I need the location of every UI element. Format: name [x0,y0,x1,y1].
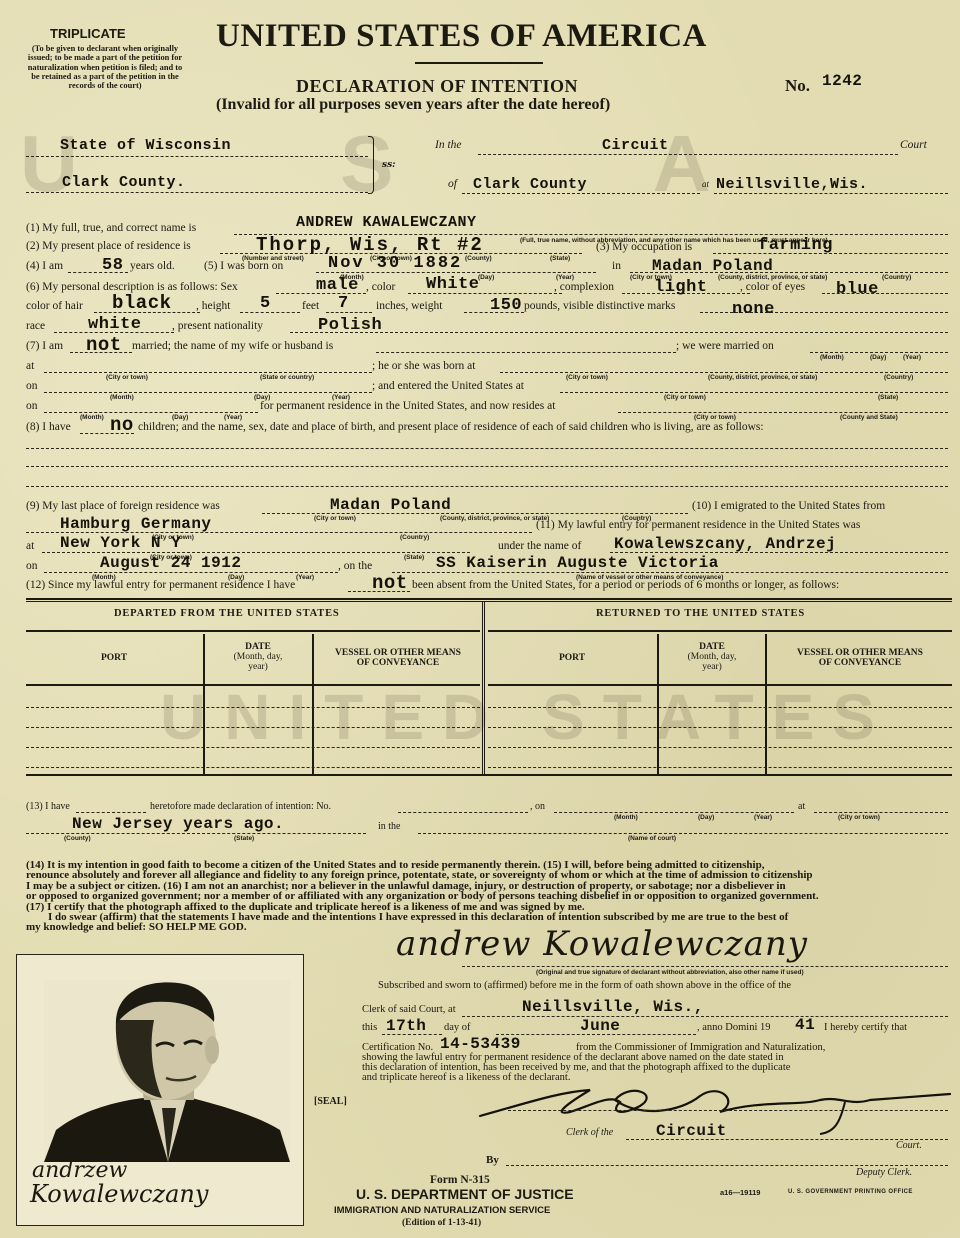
absent-value[interactable]: not [372,572,408,594]
q1-label: (1) My full, true, and correct name is [26,222,196,234]
q5-sub-county: (County, district, province, or state) [718,274,827,281]
validity-note: (Invalid for all purposes seven years af… [216,96,610,114]
residence-label: for permanent residence in the United St… [260,400,555,412]
document-title: UNITED STATES OF AMERICA [216,18,707,55]
entry-arrival-line [44,572,338,573]
q9-sub-city: (City or town) [314,515,356,522]
sub-month-spouse: (Month) [110,394,134,401]
court-location[interactable]: Neillsville,Wis. [716,176,868,193]
watermark-stamp-top: U S A [20,118,830,210]
height-label: , height [196,300,231,312]
returned-row-2[interactable] [488,727,952,728]
sub-state-country-married: (State or country) [260,374,314,381]
location-line [714,193,948,194]
returned-col-date-c: year) [658,662,766,672]
married-on-label: ; we were married on [676,340,774,352]
service-name: IMMIGRATION AND NATURALIZATION SERVICE [334,1205,550,1216]
printer-name: U. S. GOVERNMENT PRINTING OFFICE [788,1189,913,1195]
clerk-location-line [462,1016,948,1017]
returned-col-vessel-a: VESSEL OR OTHER MEANS [768,648,952,658]
returned-title-rule [488,630,952,632]
departed-title-rule [26,630,480,632]
returned-col-port: PORT [488,653,656,663]
pounds-label: pounds, visible distinctive marks [524,300,675,312]
birth-date-value[interactable]: Nov 30 1882 [328,254,462,273]
sub-county-spouse: (County, district, province, or state) [708,374,817,381]
venue-county[interactable]: Clark County. [62,174,186,191]
q13-at-label: at [798,801,805,812]
departed-row-2[interactable] [26,727,480,728]
in-label: in [612,260,621,272]
returned-col-date-b: (Month, day, [658,652,766,662]
court-label: Court [900,139,927,151]
q13-court-line [418,833,948,834]
clerk-court-value[interactable]: Circuit [656,1122,727,1140]
table-top-rule [26,598,952,602]
on-the-label: , on the [338,560,372,572]
county-line [26,192,368,193]
entry-date-line [44,412,258,413]
sub-day-married: (Day) [870,354,886,361]
departed-row-1[interactable] [26,707,480,708]
venue-state[interactable]: State of Wisconsin [60,137,231,154]
race-label: race [26,320,45,332]
sub-month-entry: (Month) [80,414,104,421]
nationality-label: , present nationality [172,320,263,332]
married-on-line [810,352,948,353]
residence-value[interactable]: Thorp, Wis, Rt #2 [256,234,484,256]
q13-sub-city: (City or town) [838,814,880,821]
returned-title: RETURNED TO THE UNITED STATES [596,608,805,619]
court-type[interactable]: Circuit [602,137,669,154]
vessel-value[interactable]: SS Kaiserin Auguste Victoria [436,554,719,572]
q13-sub-county: (County) [64,835,91,842]
title-rule [415,62,543,64]
q4-label-b: years old. [130,260,175,272]
form-number: Form N-315 [430,1174,490,1186]
entry-at-label: at [26,540,34,552]
at-label: at [702,179,709,189]
sub-county-state-resides: (County and State) [840,414,898,421]
certify-label: I hereby certify that [824,1022,907,1033]
prior-declaration-place[interactable]: New Jersey years ago. [72,815,284,833]
occupation-value[interactable]: farming [758,236,833,255]
deputy-label: Deputy Clerk. [856,1167,912,1178]
returned-col-vessel-b: OF CONVEYANCE [768,658,952,668]
q13-label-a: (13) I have [26,801,70,812]
children-line-3 [26,486,948,487]
age-value[interactable]: 58 [102,256,123,275]
q7-label-a: (7) I am [26,340,63,352]
q5-sub-year: (Year) [556,274,574,281]
sworn-day-value[interactable]: 17th [386,1017,426,1035]
this-label: this [362,1022,377,1033]
table-bottom-rule [26,774,952,776]
sub-city-entered: (City or town) [664,394,706,401]
returned-row-1[interactable] [488,707,952,708]
q13-sub-day: (Day) [698,814,714,821]
returned-header-rule [488,684,952,686]
color-value[interactable]: White [426,275,480,294]
court-type-line [478,154,898,155]
deputy-line [506,1165,948,1166]
by-label: By [486,1154,499,1166]
married-at-label: at [26,360,34,372]
height-feet-value[interactable]: 5 [260,294,271,313]
sub-city-married: (City or town) [106,374,148,381]
sub-city-spouse: (City or town) [566,374,608,381]
entered-label: ; and entered the United States at [372,380,524,392]
copy-type-label: TRIPLICATE [50,26,126,41]
married-at-line [44,372,372,373]
hair-value[interactable]: black [112,292,172,314]
q5-label: (5) I was born on [204,260,283,272]
color-label: , color [366,281,395,293]
inches-line [326,312,372,313]
weight-value[interactable]: 150 [490,296,522,315]
q13-number-line [398,812,528,813]
sworn-line: Subscribed and sworn to (affirmed) befor… [378,980,791,991]
birth-place-value[interactable]: Madan Poland [652,257,773,275]
entry-date-value[interactable]: August 24 1912 [100,554,241,572]
ss-label: ss: [382,160,395,170]
feet-label: feet [302,300,319,312]
under-name-label: under the name of [498,540,581,552]
q7-label-b: married; the name of my wife or husband … [132,340,333,352]
q8-label-a: (8) I have [26,421,71,433]
spouse-birth-line [500,372,948,373]
sub-country-spouse: (Country) [884,374,913,381]
returned-col-date-a: DATE [658,642,766,652]
entry-sub-state: (State) [404,554,424,561]
entry-name-value[interactable]: Kowalewszcany, Andrzej [614,535,836,553]
race-value[interactable]: white [88,315,142,334]
q8-label-b: children; and the name, sex, date and pl… [138,421,764,433]
departed-col-port: PORT [26,653,202,663]
departed-col-date-a: DATE [204,642,312,652]
married-value[interactable]: not [86,334,122,356]
children-line-1 [26,448,948,449]
day-of-label: day of [444,1022,471,1033]
entered-line [560,392,948,393]
sub-city-resides: (City or town) [694,414,736,421]
sub-day-entry: (Day) [172,414,188,421]
resides-line [618,412,948,413]
q13-sub-month: (Month) [614,814,638,821]
returned-row-3[interactable] [488,747,952,748]
q9-sub-county: (County, district, province, or state) [440,515,549,522]
copy-note: (To be given to declarant when originall… [26,44,184,90]
declarant-signature-line [462,966,948,967]
state-line [26,156,368,157]
court-of-line [462,193,700,194]
in-the-label: In the [435,139,462,151]
edition-note: (Edition of 1-13-41) [402,1218,481,1228]
q13-sub-year: (Year) [754,814,772,821]
q13-city-line [814,812,948,813]
returned-row-4[interactable] [488,767,952,768]
declaration-number: 1242 [822,72,862,90]
court-of[interactable]: Clark County [473,176,587,193]
declarant-signature[interactable]: andrew Kowalewczany [396,924,808,964]
clerk-signature-line [508,1110,948,1111]
sworn-location-value[interactable]: Neillsville, Wis., [522,998,704,1016]
department-name: U. S. DEPARTMENT OF JUSTICE [356,1186,574,1202]
departed-row-3[interactable] [26,747,480,748]
departed-col-date-b: (Month, day, [204,652,312,662]
q12-label-b: been absent from the United States, for … [412,579,839,591]
photo-caption-line-2: Kowalewczany [30,1180,208,1208]
print-code: a16—19119 [720,1188,760,1197]
spouse-on-label: on [26,380,38,392]
q2-label: (2) My present place of residence is [26,240,191,252]
departed-col-vessel-b: OF CONVEYANCE [314,658,482,668]
arrival-sub-year: (Year) [296,574,314,581]
departed-row-4[interactable] [26,767,480,768]
q13-label-b: heretofore made declaration of intention… [150,801,331,812]
complexion-value[interactable]: light [654,278,708,297]
q13-sub-court: (Name of court) [628,835,676,842]
nationality-line [290,332,948,333]
height-inches-value[interactable]: 7 [338,294,349,313]
q10-sub-country: (Country) [400,534,429,541]
q13-in-the-label: in the [378,821,401,832]
entry-on-label: on [26,400,38,412]
spouse-birth-date-line [44,392,372,393]
q13-date-line [554,812,794,813]
venue-bracket [368,136,374,194]
departed-header-rule [26,684,480,686]
declarant-signature-sub: (Original and true signature of declaran… [536,969,804,976]
oath-paragraph: (14) It is my intention in good faith to… [26,860,952,933]
hair-label: color of hair [26,300,83,312]
q5-sub-country: (Country) [882,274,911,281]
q5-sub-day: (Day) [478,274,494,281]
clerk-court-label: Court. [896,1140,922,1151]
children-value[interactable]: no [110,414,134,436]
q10-label: (10) I emigrated to the United States fr… [692,500,885,512]
entry-port-line [42,552,470,553]
sub-month-married: (Month) [820,354,844,361]
complexion-label: , complexion [554,281,614,293]
q11-label: (11) My lawful entry for permanent resid… [536,519,860,531]
inches-label: inches, weight [376,300,442,312]
q13-sub-state: (State) [234,835,254,842]
q12-label-a: (12) Since my lawful entry for permanent… [26,579,295,591]
emigrated-from-value[interactable]: Hamburg Germany [60,515,212,533]
q13-on-label: , on [530,801,545,812]
anno-label: , anno Domini 19 [697,1022,771,1033]
q9-label: (9) My last place of foreign residence w… [26,500,220,512]
vessel-line [392,572,948,573]
document-subtitle: DECLARATION OF INTENTION [296,76,578,97]
q3-label: (3) My occupation is [596,241,692,253]
number-label: No. [785,76,810,96]
portrait-image [44,980,290,1162]
born-at-label: ; he or she was born at [372,360,475,372]
entry-port-value[interactable]: New York N Y [60,534,181,552]
sworn-year-value[interactable]: 41 [795,1016,815,1034]
departed-col-vessel-a: VESSEL OR OTHER MEANS [314,648,482,658]
eyes-value[interactable]: blue [836,280,879,299]
of-label: of [448,178,457,190]
q13-place-line [26,833,366,834]
sub-state-entered: (State) [878,394,898,401]
q9-line [262,513,688,514]
sworn-month-value[interactable]: June [580,1017,620,1035]
departed-col-date-c: year) [204,662,312,672]
foreign-residence-value[interactable]: Madan Poland [330,496,451,514]
certification-number[interactable]: 14-53439 [440,1035,521,1053]
entry-date-on-label: on [26,560,38,572]
declarant-photo[interactable] [44,980,290,1162]
q2-sub-state: (State) [550,255,570,262]
sub-year-entry: (Year) [224,414,242,421]
q2-sub-county: (County) [465,255,492,262]
full-name-value[interactable]: ANDREW KAWALEWCZANY [296,214,477,231]
table-center-divider [482,602,485,776]
spouse-line [376,352,676,353]
nationality-value[interactable]: Polish [318,316,382,335]
q4-label-a: (4) I am [26,260,63,272]
eyes-label: , color of eyes [740,281,805,293]
watermark-stamp-mid: UNITED STATES [160,680,893,754]
marks-value[interactable]: none [732,300,775,319]
sex-value[interactable]: male [316,276,359,295]
clerk-at-label: Clerk of said Court, at [362,1004,456,1015]
clerk-of-label: Clerk of the [566,1127,613,1138]
departed-title: DEPARTED FROM THE UNITED STATES [114,608,340,619]
sub-year-married: (Year) [903,354,921,361]
seal-label: [SEAL] [314,1096,347,1107]
children-line-2 [26,466,948,467]
q13-have-line [76,812,146,813]
